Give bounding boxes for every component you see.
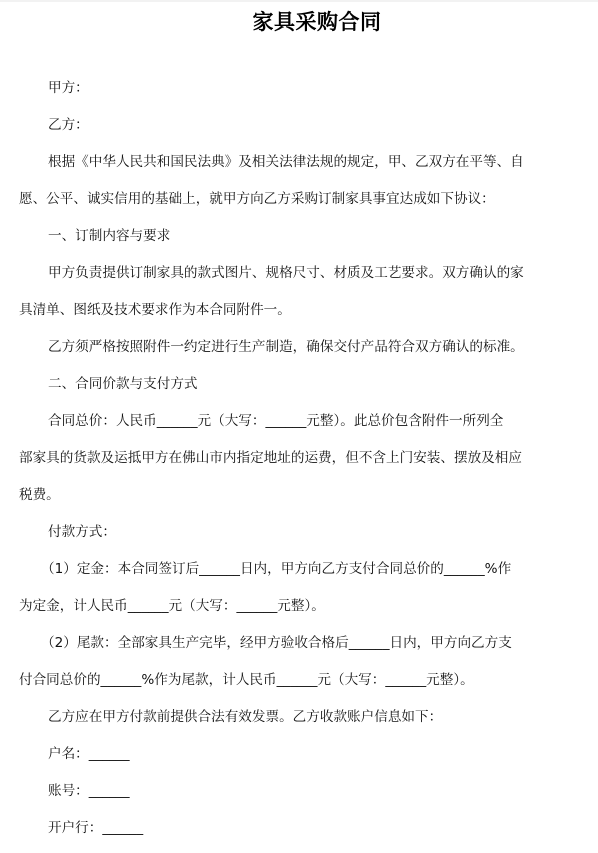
top-border	[0, 0, 598, 2]
account-number-line: 账号：______	[19, 773, 559, 810]
deposit-line-1: （1）定金：本合同签订后______日内，甲方向乙方支付合同总价的______%…	[19, 551, 559, 588]
section-1-p1-line-2: 具清单、图纸及技术要求作为本合同附件一。	[19, 292, 559, 329]
balance-line-1: （2）尾款：全部家具生产完毕，经甲方验收合格后______日内，甲方向乙方支	[19, 625, 559, 662]
invoice-paragraph: 乙方应在甲方付款前提供合法有效发票。乙方收款账户信息如下：	[19, 699, 559, 736]
total-price-line-3: 税费。	[19, 477, 559, 514]
section-2-heading: 二、合同价款与支付方式	[19, 366, 559, 403]
document-title: 家具采购合同	[0, 6, 598, 36]
party-a-line: 甲方：	[19, 70, 559, 107]
document-body: 甲方： 乙方： 根据《中华人民共和国民法典》及相关法律法规的规定，甲、乙双方在平…	[19, 70, 559, 847]
party-b-line: 乙方：	[19, 107, 559, 144]
section-1-heading: 一、订制内容与要求	[19, 218, 559, 255]
balance-line-2: 付合同总价的______%作为尾款，计人民币______元（大写：______元…	[19, 662, 559, 699]
section-1-p1-line-1: 甲方负责提供订制家具的款式图片、规格尺寸、材质及工艺要求。双方确认的家	[19, 255, 559, 292]
preamble-line-2: 愿、公平、诚实信用的基础上，就甲方向乙方采购订制家具事宜达成如下协议：	[19, 181, 559, 218]
deposit-paragraph: （1）定金：本合同签订后______日内，甲方向乙方支付合同总价的______%…	[19, 551, 559, 625]
deposit-line-2: 为定金，计人民币______元（大写：______元整）。	[19, 588, 559, 625]
bank-line: 开户行：______	[19, 810, 559, 847]
total-price-line-1: 合同总价：人民币______元（大写：______元整）。此总价包含附件一所列全	[19, 403, 559, 440]
total-price-paragraph: 合同总价：人民币______元（大写：______元整）。此总价包含附件一所列全…	[19, 403, 559, 514]
account-name-line: 户名：______	[19, 736, 559, 773]
balance-paragraph: （2）尾款：全部家具生产完毕，经甲方验收合格后______日内，甲方向乙方支 付…	[19, 625, 559, 699]
section-1-paragraph-1: 甲方负责提供订制家具的款式图片、规格尺寸、材质及工艺要求。双方确认的家 具清单、…	[19, 255, 559, 329]
total-price-line-2: 部家具的货款及运抵甲方在佛山市内指定地址的运费，但不含上门安装、摆放及相应	[19, 440, 559, 477]
preamble-paragraph: 根据《中华人民共和国民法典》及相关法律法规的规定，甲、乙双方在平等、自 愿、公平…	[19, 144, 559, 218]
section-1-paragraph-2: 乙方须严格按照附件一约定进行生产制造，确保交付产品符合双方确认的标准。	[19, 329, 559, 366]
payment-method-label: 付款方式：	[19, 514, 559, 551]
preamble-line-1: 根据《中华人民共和国民法典》及相关法律法规的规定，甲、乙双方在平等、自	[19, 144, 559, 181]
